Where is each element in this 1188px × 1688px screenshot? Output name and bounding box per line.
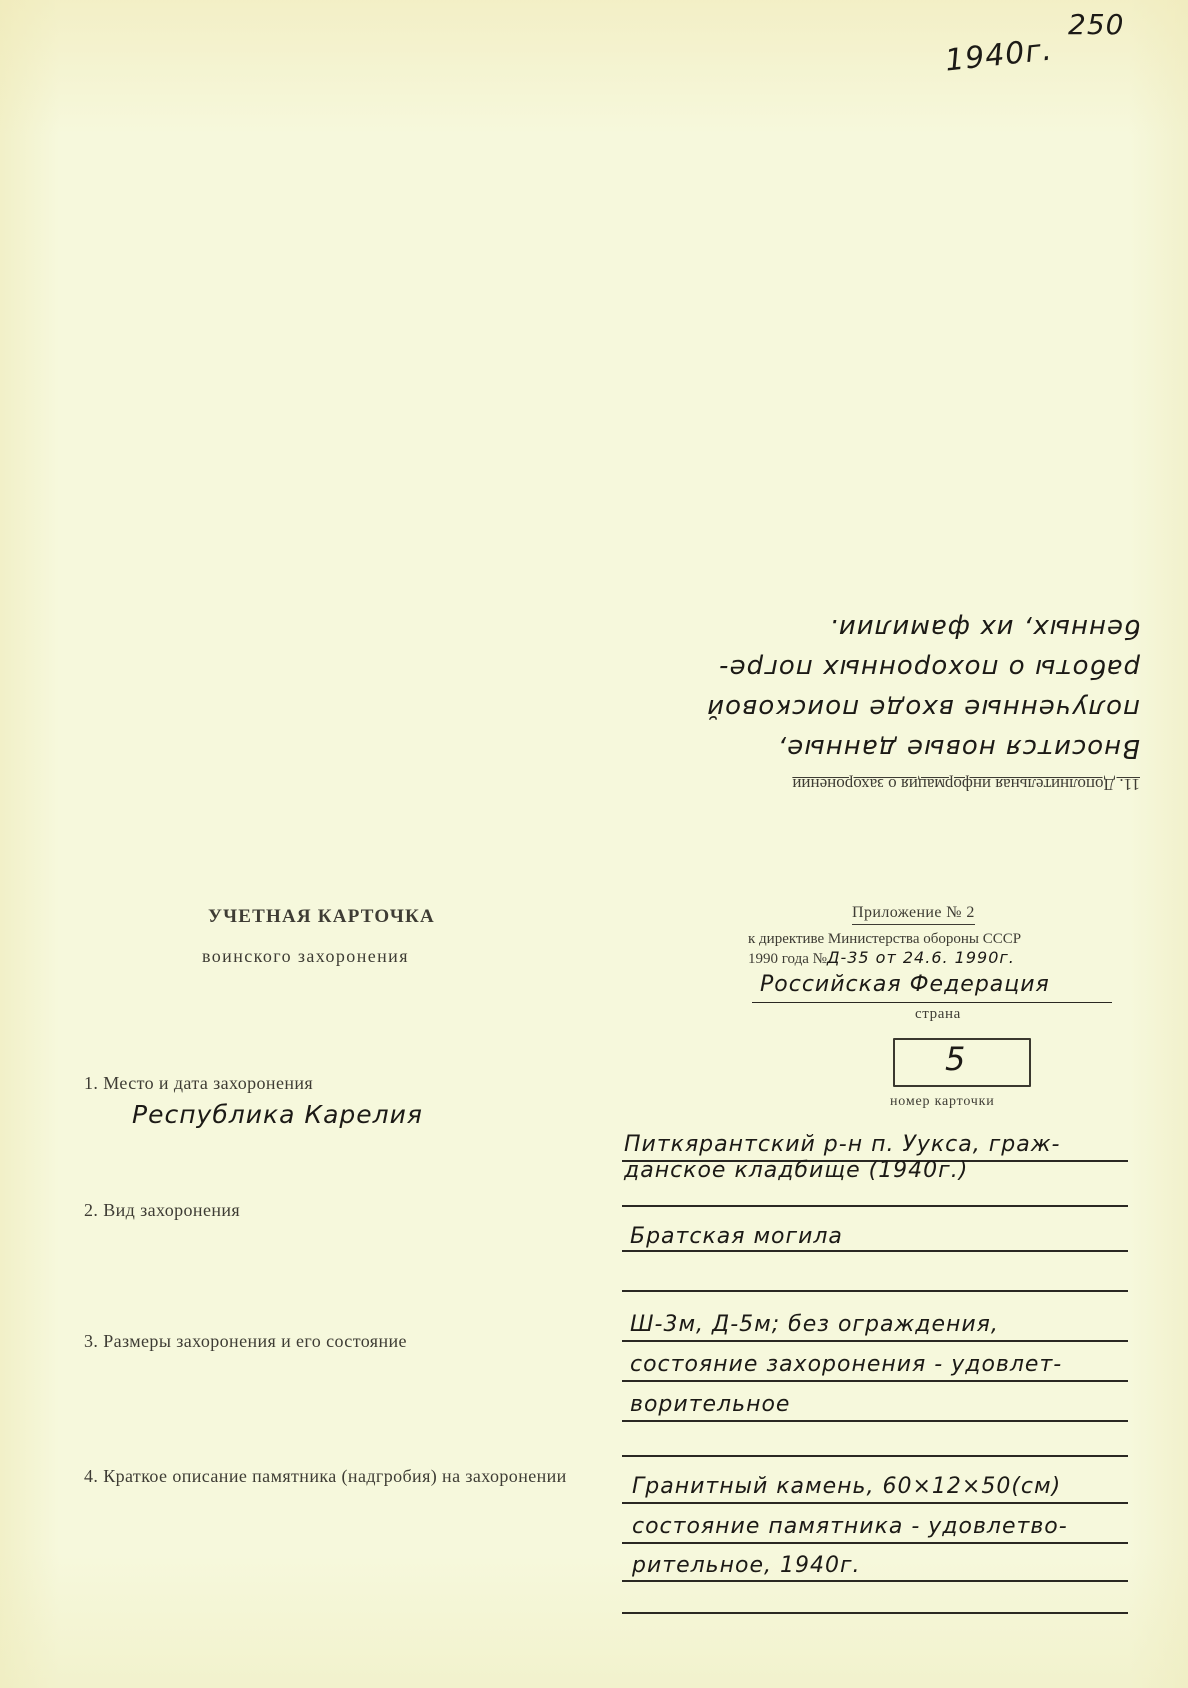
field-rule	[622, 1502, 1128, 1504]
page-number: 250	[1068, 8, 1124, 41]
directive-number: Д-35 от 24.6. 1990г.	[827, 948, 1015, 967]
section-11-line: работы о похоронных погре-	[600, 648, 1140, 688]
field-rule	[622, 1250, 1128, 1252]
field-4-label: 4. Краткое описание памятника (надгробия…	[84, 1466, 584, 1486]
country-value: Российская Федерация	[760, 972, 1050, 997]
country-rule	[752, 1002, 1112, 1003]
directive-line-1: к директиве Министерства обороны СССР	[748, 931, 1021, 948]
section-11-line: полученные входе поисковой	[600, 688, 1140, 728]
card-number-label: номер карточки	[890, 1094, 995, 1110]
field-3-value-line: Ш-3м, Д-5м; без ограждения,	[630, 1312, 999, 1337]
field-rule	[622, 1580, 1128, 1582]
field-rule	[622, 1455, 1128, 1457]
appendix-label: Приложение № 2	[852, 904, 975, 925]
field-4-value-line: рительное, 1940г.	[632, 1553, 861, 1578]
directive-prefix: 1990 года №	[748, 951, 827, 967]
country-label: страна	[915, 1006, 961, 1023]
field-3-value-line: состояние захоронения - удовлет-	[630, 1352, 1062, 1377]
card-subtitle: воинского захоронения	[202, 946, 409, 967]
field-1-label: 1. Место и дата захоронения	[84, 1073, 313, 1094]
year-annotation: 1940г.	[943, 32, 1054, 78]
section-11-line: Вносится новые данные,	[600, 728, 1140, 768]
additional-info-section: 11. Дополнительная информация о захороне…	[600, 608, 1140, 794]
field-rule	[622, 1340, 1128, 1342]
field-3-label: 3. Размеры захоронения и его состояние	[84, 1331, 407, 1352]
section-11-line: бенных, их фамилии.	[600, 608, 1140, 648]
section-11-title: 11. Дополнительная информация о захороне…	[600, 774, 1140, 794]
field-2-value-line: Братская могила	[630, 1224, 843, 1249]
field-1-value-line: данское кладбище (1940г.)	[624, 1158, 968, 1183]
field-2-label: 2. Вид захоронения	[84, 1200, 240, 1221]
field-rule	[622, 1205, 1128, 1207]
card-number-value: 5	[945, 1040, 966, 1078]
field-rule	[622, 1420, 1128, 1422]
card-number-box: 5	[893, 1038, 1031, 1087]
field-4-value-line: Гранитный камень, 60×12×50(см)	[632, 1474, 1061, 1499]
directive-line-2: 1990 года №Д-35 от 24.6. 1990г.	[748, 948, 1015, 968]
field-4-value-line: состояние памятника - удовлетво-	[632, 1514, 1068, 1539]
field-rule	[622, 1612, 1128, 1614]
field-rule	[622, 1290, 1128, 1292]
field-rule	[622, 1542, 1128, 1544]
field-1-inline-value: Республика Карелия	[132, 1100, 423, 1129]
field-1-value-line: Питкярантский р-н п. Уукса, граж-	[624, 1132, 1061, 1157]
card-title: УЧЕТНАЯ КАРТОЧКА	[208, 906, 435, 928]
field-rule	[622, 1380, 1128, 1382]
field-3-value-line: ворительное	[630, 1392, 790, 1417]
